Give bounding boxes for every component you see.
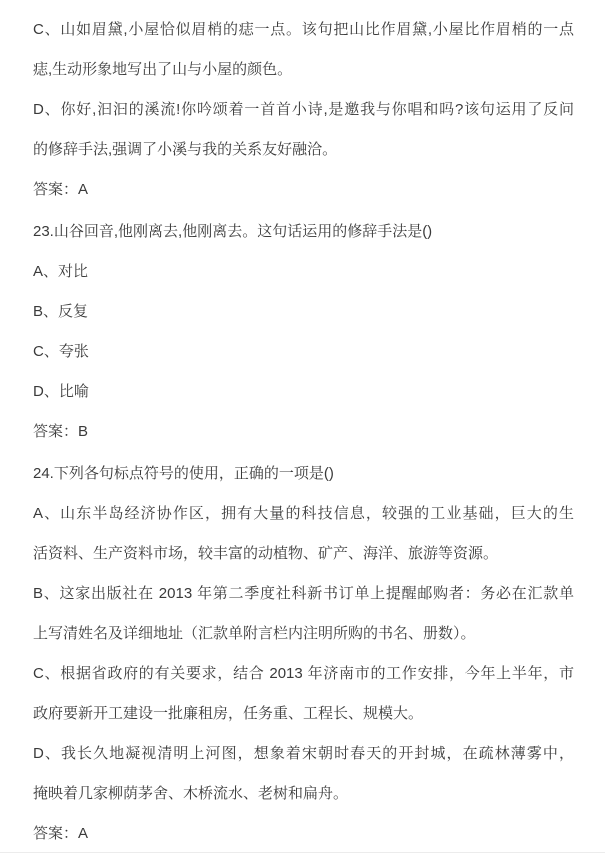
question-22-option-d: D、你好,汩汩的溪流!你吟颂着一首首小诗,是邀我与你唱和吗?该句运用了反问 的修…	[33, 90, 574, 170]
q24-stem: 24.下列各句标点符号的使用，正确的一项是()	[33, 454, 574, 494]
q24-option-b-line-1: B、这家出版社在 2013 年第二季度社科新书订单上提醒邮购者：务必在汇款单	[33, 574, 574, 614]
q24-option-c-line-1: C、根据省政府的有关要求，结合 2013 年济南市的工作安排，今年上半年，市	[33, 654, 574, 694]
q24-option-c-line-2: 政府要新开工建设一批廉租房，任务重、工程长、规模大。	[33, 694, 574, 734]
q24-option-d-line-2: 掩映着几家柳荫茅舍、木桥流水、老树和扁舟。	[33, 774, 574, 814]
q23-option-d: D、比喻	[33, 372, 574, 412]
q22-option-d-line-2: 的修辞手法,强调了小溪与我的关系友好融洽。	[33, 130, 574, 170]
q23-option-b: B、反复	[33, 292, 574, 332]
q23-answer-text: 答案：B	[33, 412, 574, 452]
q23-stem: 23.山谷回音,他刚离去,他刚离去。这句话运用的修辞手法是()	[33, 212, 574, 252]
question-23: 23.山谷回音,他刚离去,他刚离去。这句话运用的修辞手法是() A、对比 B、反…	[33, 212, 574, 452]
q23-option-c: C、夸张	[33, 332, 574, 372]
q24-answer-text: 答案：A	[33, 814, 574, 853]
q24-option-a-line-1: A、山东半岛经济协作区，拥有大量的科技信息，较强的工业基础，巨大的生	[33, 494, 574, 534]
q22-option-c-line-1: C、山如眉黛,小屋恰似眉梢的痣一点。该句把山比作眉黛,小屋比作眉梢的一点	[33, 10, 574, 50]
exam-document-page: C、山如眉黛,小屋恰似眉梢的痣一点。该句把山比作眉黛,小屋比作眉梢的一点 痣,生…	[0, 0, 605, 853]
q22-answer-text: 答案：A	[33, 170, 574, 210]
question-22-answer: 答案：A	[33, 170, 574, 210]
q22-option-d-line-1: D、你好,汩汩的溪流!你吟颂着一首首小诗,是邀我与你唱和吗?该句运用了反问	[33, 90, 574, 130]
q23-option-a: A、对比	[33, 252, 574, 292]
q24-option-b-line-2: 上写清姓名及详细地址（汇款单附言栏内注明所购的书名、册数）。	[33, 614, 574, 654]
q24-option-d-line-1: D、我长久地凝视清明上河图，想象着宋朝时春天的开封城，在疏林薄雾中，	[33, 734, 574, 774]
q22-option-c-line-2: 痣,生动形象地写出了山与小屋的颜色。	[33, 50, 574, 90]
question-22-option-c: C、山如眉黛,小屋恰似眉梢的痣一点。该句把山比作眉黛,小屋比作眉梢的一点 痣,生…	[33, 10, 574, 90]
question-24: 24.下列各句标点符号的使用，正确的一项是() A、山东半岛经济协作区，拥有大量…	[33, 454, 574, 853]
q24-option-a-line-2: 活资料、生产资料市场，较丰富的动植物、矿产、海洋、旅游等资源。	[33, 534, 574, 574]
